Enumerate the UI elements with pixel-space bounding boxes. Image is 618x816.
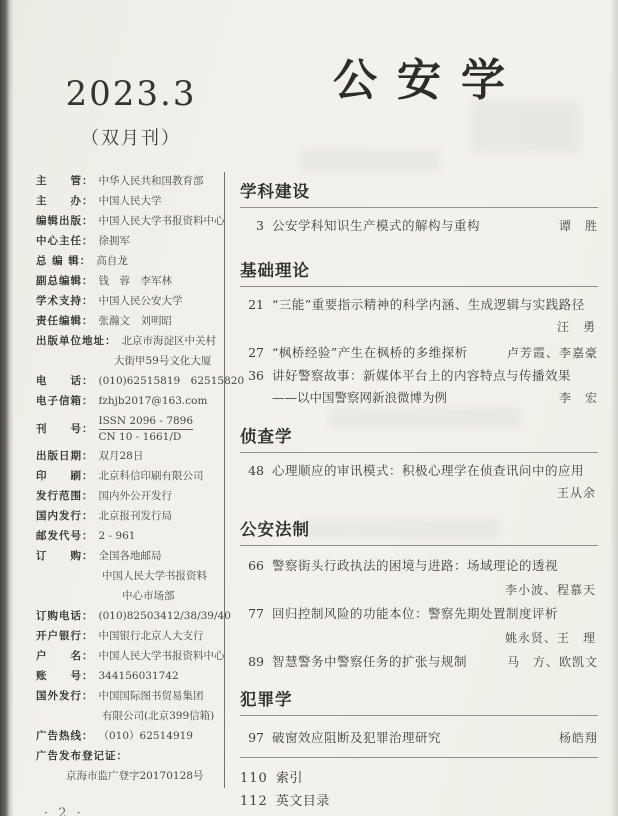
backmatter-item: 110 索引 [240,770,598,787]
masthead-column: 2023.3 （双月刊） 主 管：中华人民共和国教育部 主 办：中国人民大学 编… [36,74,226,789]
masthead-row: 出版单位地址：北京市海淀区中关村 [36,334,226,349]
masthead-label: 账 号： [36,669,94,684]
frequency-label: （双月刊） [36,124,226,150]
masthead-value: （010）62514919 [99,729,194,744]
toc-authors: 王从余 [240,485,598,501]
section-header: 侦查学 [240,428,598,453]
backmatter-item: 112 英文目录 [240,793,598,810]
toc-item: 27 “枫桥经验”产生在枫桥的多维探析 卢芳霞、李嘉豪 [240,345,598,361]
toc-article-title: 公安学科知识生产模式的解构与重构 [272,218,480,234]
masthead-value: 徐拥军 [99,234,131,249]
toc-page-number: 112 [240,793,268,810]
section-header: 学科建设 [240,183,598,208]
masthead-value: 双月28日 [99,449,144,464]
masthead-label: 国外发行： [36,689,94,704]
masthead-value: 有限公司(北京399信箱) [36,709,214,724]
toc-page-number: 97 [240,730,264,746]
section-header: 公安法制 [240,521,598,546]
toc-item: 3 公安学科知识生产模式的解构与重构 谭 胜 [240,218,598,234]
toc-article-title: 讲好警察故事：新媒体平台上的内容特点与传播效果 [272,368,571,384]
masthead-label: 主 管： [36,174,94,189]
masthead-value: 北京报刊发行局 [99,509,173,524]
toc-page-number: 48 [240,463,264,479]
toc-item: 66 警察街头行政执法的困境与进路：场域理论的透视 [240,558,598,574]
masthead-label: 出版日期： [36,449,94,464]
toc-authors: 卢芳霞、李嘉豪 [499,345,598,361]
masthead-label: 总 编 辑： [36,254,91,269]
toc-authors: 李 宏 [551,390,598,406]
masthead-value: 钱 蓉 李军林 [99,274,173,289]
page-number-marker: · 2 · [44,806,84,816]
masthead-row: 印 刷：北京科信印刷有限公司 [36,469,226,484]
masthead-row: 副总编辑：钱 蓉 李军林 [36,274,226,289]
masthead-value: 2 - 961 [99,529,136,544]
masthead-row: 责任编辑：张瀚文 刘明昭 [36,314,226,329]
table-of-contents: 公安学 学科建设 3 公安学科知识生产模式的解构与重构 谭 胜 基础理论 21 … [240,56,598,810]
masthead-label: 学术支持： [36,294,94,309]
toc-page-number: 36 [240,368,264,384]
masthead-row: 主 办：中国人民大学 [36,194,226,209]
masthead-row: 电 话：(010)62515819 62515820 [36,374,226,389]
masthead-label: 电 话： [36,374,94,389]
toc-article-title: “三能”重要指示精神的科学内涵、生成逻辑与实践路径 [272,297,585,313]
toc-page-number: 21 [240,297,264,313]
toc-page-number: 110 [240,770,268,787]
masthead-label: 广告热线： [36,729,94,744]
toc-page-number: 66 [240,558,264,574]
masthead-row-continuation: 中心市场部 [36,589,226,604]
masthead-label: 广告发布登记证： [36,749,128,764]
issn-number: ISSN 2096 - 7896 [99,414,194,430]
masthead-row: 学术支持：中国人民公安大学 [36,294,226,309]
journal-page: 2023.3 （双月刊） 主 管：中华人民共和国教育部 主 办：中国人民大学 编… [0,0,618,816]
masthead-label: 国内发行： [36,509,94,524]
issue-number: 2023.3 [36,74,226,114]
masthead-value: 中国人民大学书报资料中心 [99,214,225,229]
toc-item: 36 讲好警察故事：新媒体平台上的内容特点与传播效果 [240,368,598,384]
masthead-label: 邮发代号： [36,529,94,544]
masthead-value: 中国国际图书贸易集团 [99,689,204,704]
masthead-value: 中国人民大学书报资料 [36,569,207,584]
masthead-row: 开户银行：中国银行北京人大支行 [36,629,226,644]
masthead-label: 出版单位地址： [36,334,117,349]
masthead-row: 账 号：344156031742 [36,669,226,684]
section-header: 犯罪学 [240,691,598,716]
masthead-value: 中国人民大学 [99,194,162,209]
toc-article-subtitle: ——以中国警察网新浪微博为例 [272,390,447,406]
toc-authors: 谭 胜 [551,218,598,234]
backmatter-divider-line [240,757,598,758]
toc-authors: 姚永贤、王 理 [240,630,598,646]
toc-item: 97 破窗效应阻断及犯罪治理研究 杨皓翔 [240,730,598,746]
masthead-value: 北京市海淀区中关村 [122,334,217,349]
masthead-value: (010)62515819 62515820 [99,374,245,389]
masthead-row: 发行范围：国内外公开发行 [36,489,226,504]
masthead-label: 发行范围： [36,489,94,504]
masthead-label: 主 办： [36,194,94,209]
toc-item-subtitle-line: ——以中国警察网新浪微博为例 李 宏 [240,390,598,406]
backmatter-title: 英文目录 [276,793,330,810]
section-header: 基础理论 [240,262,598,287]
scan-edge-right [610,0,618,816]
masthead-label: 订购电话： [36,609,94,624]
masthead-row-continuation: 中国人民大学书报资料 [36,569,226,584]
toc-authors: 汪 勇 [240,319,598,335]
toc-item: 77 回归控制风险的功能本位：警察先期处置制度评析 [240,606,598,622]
scan-edge-left [0,0,14,816]
masthead-label: 副总编辑： [36,274,94,289]
issn-cn-block: ISSN 2096 - 7896 CN 10 - 1661/D [99,414,194,444]
masthead-label: 印 刷： [36,469,94,484]
masthead-row: 出版日期：双月28日 [36,449,226,464]
masthead-row-issn: 刊 号： ISSN 2096 - 7896 CN 10 - 1661/D [36,414,226,444]
masthead-label: 订 购： [36,549,94,564]
toc-article-title: “枫桥经验”产生在枫桥的多维探析 [272,345,468,361]
masthead-value: 京海市监广登字20170128号 [36,769,203,784]
toc-page-number: 77 [240,606,264,622]
masthead-value: 344156031742 [99,669,179,684]
masthead-value: 国内外公开发行 [99,489,173,504]
masthead-value: 中国银行北京人大支行 [99,629,204,644]
masthead-label: 刊 号： [36,422,94,437]
masthead-label: 编辑出版： [36,214,94,229]
masthead-row: 户 名：中国人民大学书报资料中心 [36,649,226,664]
toc-authors: 杨皓翔 [551,730,598,746]
masthead-value: 中华人民共和国教育部 [99,174,204,189]
toc-item: 48 心理顺应的审讯模式：积极心理学在侦查讯问中的应用 [240,463,598,479]
masthead-value: 全国各地邮局 [99,549,162,564]
toc-page-number: 27 [240,345,264,361]
toc-article-title: 警察街头行政执法的困境与进路：场域理论的透视 [272,558,558,574]
masthead-row: 订 购：全国各地邮局 [36,549,226,564]
masthead-row-continuation: 有限公司(北京399信箱) [36,709,226,724]
masthead-value: fzhjb2017@163.com [99,394,208,409]
toc-article-title: 心理顺应的审讯模式：积极心理学在侦查讯问中的应用 [272,463,584,479]
toc-item: 21 “三能”重要指示精神的科学内涵、生成逻辑与实践路径 [240,297,598,313]
masthead-row: 电子信箱：fzhjb2017@163.com [36,394,226,409]
masthead-row: 邮发代号：2 - 961 [36,529,226,544]
masthead-label: 责任编辑： [36,314,94,329]
masthead-label: 电子信箱： [36,394,94,409]
toc-article-title: 破窗效应阻断及犯罪治理研究 [272,730,441,746]
masthead-value: 大街甲59号文化大厦 [36,354,211,369]
masthead-row: 编辑出版：中国人民大学书报资料中心 [36,214,226,229]
masthead-value: 张瀚文 刘明昭 [99,314,173,329]
toc-article-title: 智慧警务中警察任务的扩张与规制 [272,654,467,670]
backmatter-title: 索引 [276,770,303,787]
cn-number: CN 10 - 1661/D [99,430,194,444]
masthead-value: 中心市场部 [36,589,175,604]
toc-page-number: 89 [240,654,264,670]
masthead-info: 主 管：中华人民共和国教育部 主 办：中国人民大学 编辑出版：中国人民大学书报资… [36,174,226,784]
masthead-row-continuation: 大街甲59号文化大厦 [36,354,226,369]
masthead-row: 订购电话：(010)82503412/38/39/40 [36,609,226,624]
masthead-row-continuation: 京海市监广登字20170128号 [36,769,226,784]
masthead-label: 中心主任： [36,234,94,249]
masthead-row: 国外发行：中国国际图书贸易集团 [36,689,226,704]
masthead-label: 户 名： [36,649,94,664]
masthead-value: (010)82503412/38/39/40 [99,609,231,624]
toc-item: 89 智慧警务中警察任务的扩张与规制 马 方、欧凯文 [240,654,598,670]
masthead-label: 开户银行： [36,629,94,644]
toc-authors: 马 方、欧凯文 [499,654,598,670]
toc-authors: 李小波、程慕天 [240,582,598,598]
masthead-row: 中心主任：徐拥军 [36,234,226,249]
masthead-value: 北京科信印刷有限公司 [99,469,204,484]
toc-article-title: 回归控制风险的功能本位：警察先期处置制度评析 [272,606,558,622]
journal-title: 公安学 [240,56,598,106]
masthead-row: 主 管：中华人民共和国教育部 [36,174,226,189]
masthead-value: 中国人民大学书报资料中心 [99,649,225,664]
masthead-row: 总 编 辑：高自龙 [36,254,226,269]
masthead-value: 高自龙 [96,254,128,269]
masthead-row: 国内发行：北京报刊发行局 [36,509,226,524]
column-divider-line [224,172,225,788]
masthead-value: 中国人民公安大学 [99,294,183,309]
masthead-row: 广告热线：（010）62514919 [36,729,226,744]
masthead-row: 广告发布登记证： [36,749,226,764]
toc-page-number: 3 [240,218,264,234]
